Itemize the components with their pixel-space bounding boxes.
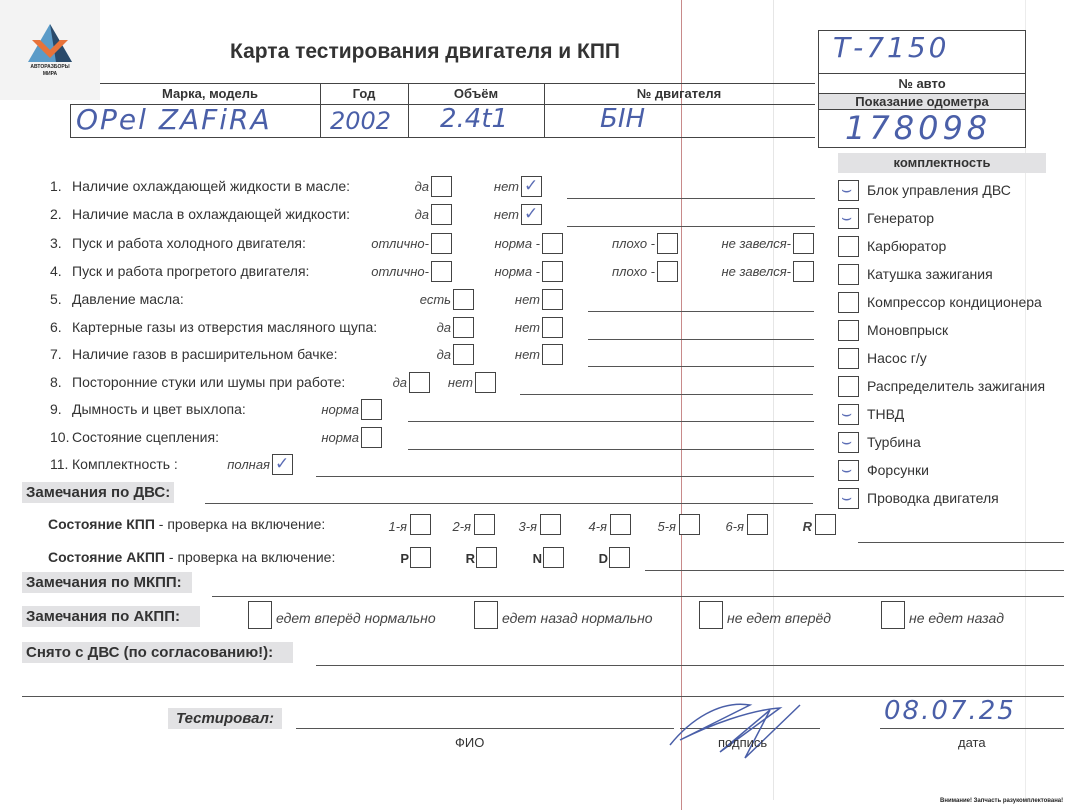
check-notes-line[interactable]	[408, 449, 814, 450]
mode-checkbox[interactable]	[609, 547, 630, 568]
removed-line[interactable]	[316, 665, 1064, 666]
option-label: не завелся-	[721, 236, 791, 251]
check-notes-line[interactable]	[588, 339, 814, 340]
check-mark-icon: ⌣	[841, 181, 852, 199]
check-notes-line[interactable]	[567, 198, 815, 199]
option-label: нет	[515, 320, 540, 335]
completeness-item-label: Карбюратор	[867, 238, 946, 254]
option-checkbox[interactable]	[431, 176, 452, 197]
option-checkbox[interactable]	[453, 344, 474, 365]
mode-label: N	[533, 551, 542, 566]
header-col-volume: Объём	[408, 86, 544, 103]
option-checkbox[interactable]	[453, 317, 474, 338]
option-label: да	[415, 179, 429, 194]
auto-remark-checkbox[interactable]	[699, 601, 723, 629]
check-label: Наличие масла в охлаждающей жидкости:	[72, 206, 350, 222]
option-checkbox[interactable]	[431, 204, 452, 225]
option-label: отлично-	[371, 236, 429, 251]
option-checkbox[interactable]	[793, 261, 814, 282]
option-checkbox[interactable]	[542, 317, 563, 338]
option-label: отлично-	[371, 264, 429, 279]
check-number: 7.	[50, 346, 62, 362]
faint-guide-line	[773, 0, 774, 800]
manual-remarks-line[interactable]	[212, 596, 1064, 597]
header-table-top-border	[100, 83, 815, 84]
completeness-item-label: Моновпрыск	[867, 322, 948, 338]
option-label: не завелся-	[721, 264, 791, 279]
option-label: плохо -	[612, 264, 655, 279]
completeness-checkbox[interactable]	[838, 264, 859, 285]
logo-mountain-icon	[26, 22, 74, 64]
car-no-label: № авто	[819, 76, 1025, 91]
gear-checkbox[interactable]	[540, 514, 561, 535]
check-label: Состояние сцепления:	[72, 429, 219, 445]
completeness-item-label: Проводка двигателя	[867, 490, 999, 506]
check-notes-line[interactable]	[316, 476, 814, 477]
completeness-title: комплектность	[838, 153, 1046, 173]
gear-label: R	[803, 519, 812, 534]
option-label: норма	[321, 430, 359, 445]
check-notes-line[interactable]	[520, 394, 813, 395]
check-label: Посторонние стуки или шумы при работе:	[72, 374, 345, 390]
fio-line[interactable]	[296, 728, 674, 729]
check-mark-icon: ⌣	[841, 433, 852, 451]
gear-label: 5-я	[657, 519, 676, 534]
option-checkbox[interactable]	[409, 372, 430, 393]
option-label: норма	[321, 402, 359, 417]
manual-gearbox-label: Состояние КПП - проверка на включение:	[48, 516, 325, 532]
check-notes-line[interactable]	[567, 226, 815, 227]
box-divider	[819, 73, 1025, 74]
auto-remark-option-label: не едет назад	[909, 610, 1004, 626]
header-vline	[544, 83, 545, 138]
header-table-bottom-border	[70, 137, 815, 138]
auto-remark-checkbox[interactable]	[881, 601, 905, 629]
completeness-checkbox[interactable]	[838, 320, 859, 341]
completeness-item-label: Катушка зажигания	[867, 266, 993, 282]
margin-line	[681, 0, 682, 810]
car-no-value[interactable]: Т-7150	[833, 31, 949, 64]
check-label: Наличие охлаждающей жидкости в масле:	[72, 178, 350, 194]
odometer-value[interactable]: 178098	[845, 109, 991, 147]
check-notes-line[interactable]	[408, 421, 814, 422]
manual-remarks-label: Замечания по МКПП:	[22, 572, 192, 593]
date-line[interactable]	[880, 728, 1064, 729]
check-number: 4.	[50, 263, 62, 279]
auto-remarks-label: Замечания по АКПП:	[22, 606, 200, 627]
auto-remark-option-label: не едет вперёд	[727, 610, 831, 626]
mode-checkbox[interactable]	[410, 547, 431, 568]
auto-gearbox-label-bold: Состояние АКПП	[48, 549, 165, 565]
mode-checkbox[interactable]	[476, 547, 497, 568]
option-label: нет	[494, 207, 519, 222]
gear-label: 6-я	[725, 519, 744, 534]
manual-gearbox-label-rest: - проверка на включение:	[155, 516, 325, 532]
check-number: 8.	[50, 374, 62, 390]
completeness-item-label: Генератор	[867, 210, 934, 226]
header-col-engine-no: № двигателя	[544, 86, 814, 103]
header-vline	[408, 83, 409, 138]
auto-remark-option-label: едет назад нормально	[502, 610, 653, 626]
check-mark-icon: ✓	[275, 455, 289, 473]
company-logo: АВТОРАЗБОРЫ МИРА	[0, 0, 100, 100]
completeness-item-label: Компрессор кондиционера	[867, 294, 1042, 310]
completeness-checkbox[interactable]: ⌣	[838, 404, 859, 425]
auto-remark-option-label: едет вперёд нормально	[276, 610, 436, 626]
option-checkbox[interactable]	[542, 344, 563, 365]
volume-value[interactable]: 2.4t1	[440, 104, 508, 134]
option-label: плохо -	[612, 236, 655, 251]
gear-label: 4-я	[588, 519, 607, 534]
manual-gearbox-label-bold: Состояние КПП	[48, 516, 155, 532]
completeness-checkbox[interactable]: ⌣	[838, 180, 859, 201]
check-mark-icon: ✓	[524, 177, 538, 195]
option-checkbox[interactable]	[657, 261, 678, 282]
check-mark-icon: ⌣	[841, 405, 852, 423]
check-mark-icon: ⌣	[841, 461, 852, 479]
completeness-checkbox[interactable]: ⌣	[838, 460, 859, 481]
completeness-item-label: ТНВД	[867, 406, 904, 422]
mode-label: R	[466, 551, 475, 566]
gear-checkbox[interactable]	[610, 514, 631, 535]
check-label: Комплектность :	[72, 456, 178, 472]
date-value[interactable]: 08.07.25	[884, 696, 1016, 726]
option-checkbox[interactable]: ✓	[521, 176, 542, 197]
year-value[interactable]: 2002	[330, 107, 391, 135]
option-checkbox[interactable]	[431, 233, 452, 254]
check-mark-icon: ⌣	[841, 489, 852, 507]
gear-checkbox[interactable]	[747, 514, 768, 535]
auto-gearbox-label: Состояние АКПП - проверка на включение:	[48, 549, 335, 565]
option-label: да	[415, 207, 429, 222]
completeness-checkbox[interactable]	[838, 236, 859, 257]
odometer-label: Показание одометра	[819, 94, 1025, 109]
option-checkbox[interactable]	[542, 261, 563, 282]
option-checkbox[interactable]	[361, 399, 382, 420]
check-label: Давление масла:	[72, 291, 184, 307]
option-checkbox[interactable]	[542, 289, 563, 310]
completeness-item-label: Турбина	[867, 434, 921, 450]
option-checkbox[interactable]	[453, 289, 474, 310]
check-mark-icon: ✓	[524, 205, 538, 223]
check-label: Картерные газы из отверстия масляного щу…	[72, 319, 377, 335]
option-checkbox[interactable]	[793, 233, 814, 254]
check-number: 6.	[50, 319, 62, 335]
auto-remark-checkbox[interactable]	[474, 601, 498, 629]
option-checkbox[interactable]: ✓	[272, 454, 293, 475]
check-mark-icon: ⌣	[841, 209, 852, 227]
completeness-item-label: Блок управления ДВС	[867, 182, 1011, 198]
check-label: Пуск и работа прогретого двигателя:	[72, 263, 309, 279]
gear-checkbox[interactable]	[474, 514, 495, 535]
completeness-item-label: Форсунки	[867, 462, 929, 478]
option-label: да	[437, 320, 451, 335]
gear-label: 2-я	[452, 519, 471, 534]
option-checkbox[interactable]	[361, 427, 382, 448]
completeness-item-label: Насос г/у	[867, 350, 927, 366]
page-title: Карта тестирования двигателя и КПП	[230, 40, 620, 64]
option-checkbox[interactable]: ✓	[521, 204, 542, 225]
gear-label: 1-я	[388, 519, 407, 534]
completeness-checkbox[interactable]	[838, 348, 859, 369]
option-checkbox[interactable]	[475, 372, 496, 393]
logo-text-line1: АВТОРАЗБОРЫ	[0, 64, 100, 70]
check-label: Дымность и цвет выхлопа:	[72, 401, 246, 417]
gear-checkbox[interactable]	[815, 514, 836, 535]
completeness-checkbox[interactable]: ⌣	[838, 208, 859, 229]
check-number: 1.	[50, 178, 62, 194]
gear-label: 3-я	[518, 519, 537, 534]
mode-checkbox[interactable]	[543, 547, 564, 568]
check-number: 5.	[50, 291, 62, 307]
check-number: 3.	[50, 235, 62, 251]
option-label: нет	[494, 179, 519, 194]
fio-label: ФИО	[455, 735, 484, 750]
check-notes-line[interactable]	[588, 366, 814, 367]
header-vline	[70, 104, 71, 138]
option-label: да	[393, 375, 407, 390]
engine-remarks-line[interactable]	[205, 503, 813, 504]
header-vline	[320, 83, 321, 138]
completeness-checkbox[interactable]: ⌣	[838, 432, 859, 453]
check-number: 9.	[50, 401, 62, 417]
manual-gearbox-line[interactable]	[858, 542, 1064, 543]
check-label: Наличие газов в расширительном бачке:	[72, 346, 338, 362]
engine-remarks-label: Замечания по ДВС:	[22, 482, 174, 503]
logo-text-line2: МИРА	[0, 71, 100, 77]
engine-no-value[interactable]: БІН	[600, 104, 645, 134]
option-label: нет	[515, 292, 540, 307]
completeness-checkbox[interactable]	[838, 376, 859, 397]
check-number: 2.	[50, 206, 62, 222]
gear-checkbox[interactable]	[679, 514, 700, 535]
option-label: нет	[448, 375, 473, 390]
auto-gearbox-label-rest: - проверка на включение:	[165, 549, 335, 565]
option-label: да	[437, 347, 451, 362]
check-number: 11.	[50, 456, 68, 472]
date-label: дата	[958, 735, 986, 750]
warning-note: Внимание! Запчасть разукомплектована!	[940, 798, 1063, 804]
option-checkbox[interactable]	[542, 233, 563, 254]
option-checkbox[interactable]	[657, 233, 678, 254]
check-label: Пуск и работа холодного двигателя:	[72, 235, 306, 251]
gear-checkbox[interactable]	[410, 514, 431, 535]
option-label: нет	[515, 347, 540, 362]
removed-label: Снято с ДВС (по согласованию!):	[22, 642, 293, 663]
tested-by-label: Тестировал:	[168, 708, 282, 729]
header-col-year: Год	[320, 86, 408, 103]
option-label: полная	[227, 457, 270, 472]
signature-label: подпись	[718, 735, 767, 750]
completeness-item-label: Распределитель зажигания	[867, 378, 1045, 394]
option-label: есть	[420, 292, 451, 307]
option-checkbox[interactable]	[431, 261, 452, 282]
option-label: норма -	[494, 264, 540, 279]
auto-gearbox-line[interactable]	[645, 570, 1064, 571]
check-notes-line[interactable]	[588, 311, 814, 312]
option-label: норма -	[494, 236, 540, 251]
auto-remark-checkbox[interactable]	[248, 601, 272, 629]
header-col-make-model: Марка, модель	[100, 86, 320, 103]
completeness-checkbox[interactable]: ⌣	[838, 488, 859, 509]
completeness-checkbox[interactable]	[838, 292, 859, 313]
mode-label: D	[599, 551, 608, 566]
check-number: 10.	[50, 429, 69, 445]
mode-label: P	[400, 551, 409, 566]
make-model-value[interactable]: OPel ZAFiRA	[76, 103, 272, 136]
car-info-box: Т-7150 № авто Показание одометра 178098	[818, 30, 1026, 148]
odometer-label-bg: Показание одометра	[819, 93, 1025, 110]
